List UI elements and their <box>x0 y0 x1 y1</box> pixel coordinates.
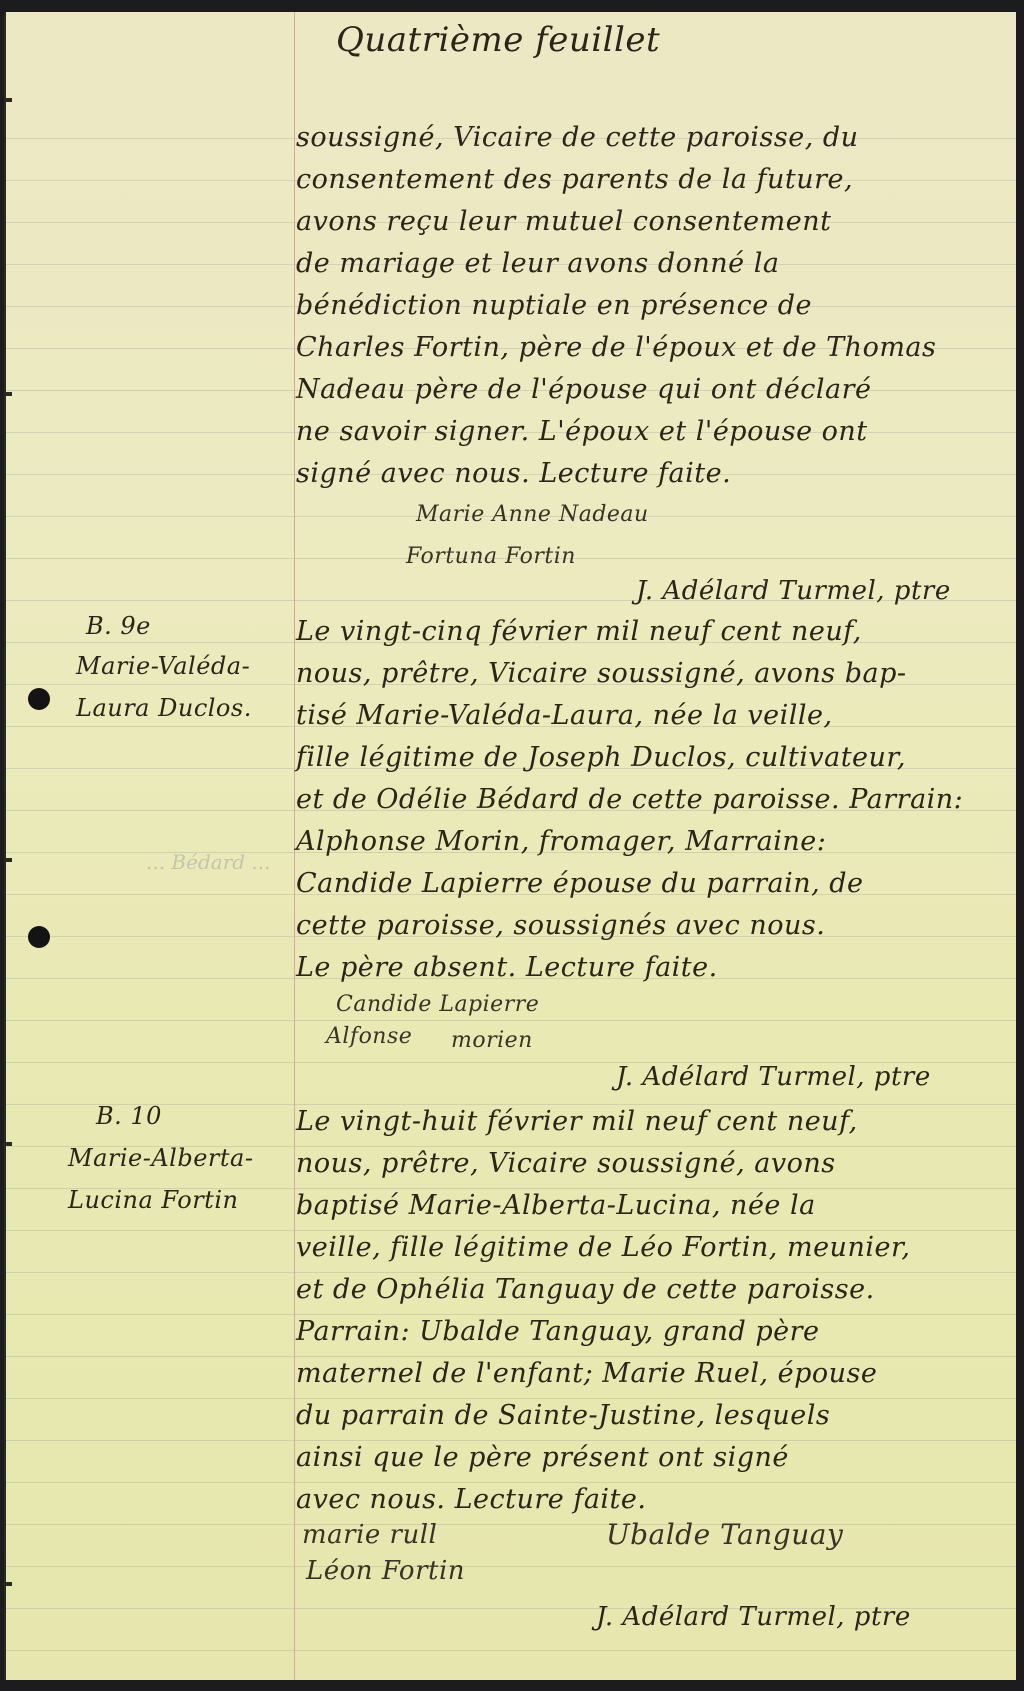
entry-line: ainsi que le père présent ont signé <box>296 1442 789 1473</box>
margin-name: Marie-Alberta- <box>68 1144 253 1172</box>
entry-line: et de Ophélia Tanguay de cette paroisse. <box>296 1274 875 1305</box>
ruled-line <box>6 1356 1016 1357</box>
signature: Candide Lapierre <box>336 992 539 1017</box>
ruled-line <box>6 1398 1016 1399</box>
entry-line: et de Odélie Bédard de cette paroisse. P… <box>296 784 963 815</box>
ruled-line <box>6 1566 1016 1567</box>
signature: morien <box>451 1028 533 1053</box>
bleedthrough-text: ... Bédard ... <box>146 850 270 874</box>
ruled-line <box>6 1524 1016 1525</box>
signature: Ubalde Tanguay <box>606 1518 843 1551</box>
signature: marie rull <box>302 1520 437 1550</box>
signature: Alfonse <box>326 1024 412 1049</box>
entry-line: fille légitime de Joseph Duclos, cultiva… <box>296 742 906 773</box>
entry-line: consentement des parents de la future, <box>296 164 853 195</box>
entry-line: nous, prêtre, Vicaire soussigné, avons <box>296 1148 836 1179</box>
entry-line: ne savoir signer. L'époux et l'épouse on… <box>296 416 868 447</box>
page-heading: Quatrième feuillet <box>336 20 660 60</box>
priest-signature: J. Adélard Turmel, ptre <box>616 1062 931 1092</box>
ruled-line <box>6 1650 1016 1651</box>
entry-line: veille, fille légitime de Léo Fortin, me… <box>296 1232 910 1263</box>
entry-line: signé avec nous. Lecture faite. <box>296 458 731 489</box>
entry-line: Alphonse Morin, fromager, Marraine: <box>296 826 826 857</box>
binding-mark <box>4 392 12 396</box>
register-page: ... Bédard ... Quatrième feuillet soussi… <box>4 12 1016 1680</box>
margin-name: Lucina Fortin <box>68 1186 238 1214</box>
ruled-line <box>6 1482 1016 1483</box>
ruled-line <box>6 1230 1016 1231</box>
entry-line: tisé Marie-Valéda-Laura, née la veille, <box>296 700 833 731</box>
entry-number: B. 10 <box>96 1102 162 1130</box>
entry-line: avons reçu leur mutuel consentement <box>296 206 831 237</box>
entry-line: Le père absent. Lecture faite. <box>296 952 718 983</box>
entry-line: de mariage et leur avons donné la <box>296 248 779 279</box>
entry-line: soussigné, Vicaire de cette paroisse, du <box>296 122 859 153</box>
ruled-line <box>6 1440 1016 1441</box>
margin-name: Laura Duclos. <box>76 694 252 722</box>
margin-name: Marie-Valéda- <box>76 652 250 680</box>
entry-line: maternel de l'enfant; Marie Ruel, épouse <box>296 1358 877 1389</box>
binding-mark <box>4 1582 12 1586</box>
entry-line: Charles Fortin, père de l'époux et de Th… <box>296 332 936 363</box>
ruled-line <box>6 1020 1016 1021</box>
priest-signature: J. Adélard Turmel, ptre <box>596 1602 911 1632</box>
entry-line: Nadeau père de l'épouse qui ont déclaré <box>296 374 871 405</box>
entry-line: du parrain de Sainte-Justine, lesquels <box>296 1400 830 1431</box>
entry-line: baptisé Marie-Alberta-Lucina, née la <box>296 1190 816 1221</box>
ruled-line <box>6 1272 1016 1273</box>
signature: Léon Fortin <box>306 1556 465 1586</box>
entry-line: Le vingt-cinq février mil neuf cent neuf… <box>296 616 862 647</box>
ruled-line <box>6 1314 1016 1315</box>
entry-line: Parrain: Ubalde Tanguay, grand père <box>296 1316 819 1347</box>
punch-hole <box>28 926 50 948</box>
entry-line: Candide Lapierre épouse du parrain, de <box>296 868 864 899</box>
signature: Fortuna Fortin <box>406 544 576 569</box>
punch-hole <box>28 688 50 710</box>
entry-line: cette paroisse, soussignés avec nous. <box>296 910 825 941</box>
priest-signature: J. Adélard Turmel, ptre <box>636 576 951 606</box>
signature: Marie Anne Nadeau <box>416 502 649 527</box>
binding-mark <box>4 98 12 102</box>
entry-line: avec nous. Lecture faite. <box>296 1484 646 1515</box>
entry-line: bénédiction nuptiale en présence de <box>296 290 812 321</box>
binding-mark <box>4 1142 12 1146</box>
entry-line: Le vingt-huit février mil neuf cent neuf… <box>296 1106 858 1137</box>
margin-line <box>294 12 295 1680</box>
binding-mark <box>4 858 12 862</box>
entry-line: nous, prêtre, Vicaire soussigné, avons b… <box>296 658 907 689</box>
entry-number: B. 9e <box>86 612 151 640</box>
